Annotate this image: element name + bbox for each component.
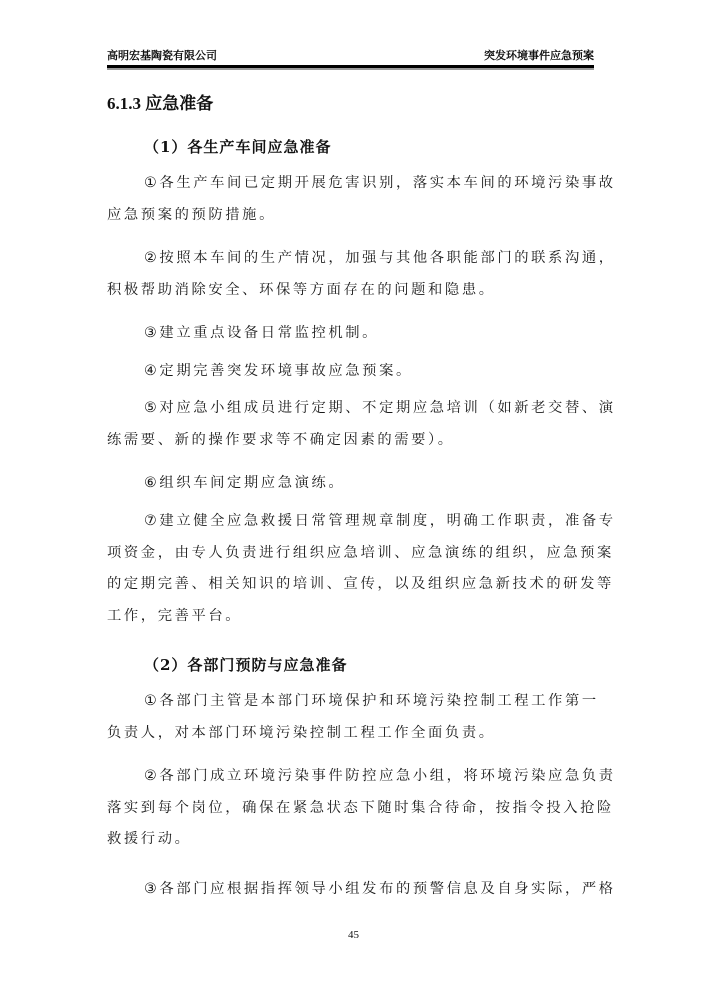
paragraph-2-1: ①各部门主管是本部门环境保护和环境污染控制工程工作第一 负责人，对本部门环境污染… [107,686,601,749]
paragraph-line: ③各部门应根据指挥领导小组发布的预警信息及自身实际，严格 [107,874,601,906]
header-document-title: 突发环境事件应急预案 [484,49,594,63]
paragraph-line: ②各部门成立环境污染事件防控应急小组，将环境污染应急负责 [107,761,601,793]
subsection-heading-2: （2）各部门预防与应急准备 [144,655,347,675]
paragraph-line: 积极帮助消除安全、环保等方面存在的问题和隐患。 [107,275,601,307]
paragraph-1-6: ⑥组织车间定期应急演练。 [107,468,601,500]
paragraph-1-2: ②按照本车间的生产情况，加强与其他各职能部门的联系沟通， 积极帮助消除安全、环保… [107,243,601,306]
paragraph-line: ②按照本车间的生产情况，加强与其他各职能部门的联系沟通， [107,243,601,275]
paragraph-line: ③建立重点设备日常监控机制。 [107,318,601,350]
paragraph-1-1: ①各生产车间已定期开展危害识别，落实本车间的环境污染事故 应急预案的预防措施。 [107,168,601,231]
paragraph-line: 工作，完善平台。 [107,601,601,633]
paragraph-line: 落实到每个岗位，确保在紧急状态下随时集合待命，按指令投入抢险 [107,793,601,825]
section-title: 6.1.3 应急准备 [107,93,213,115]
header-company-name: 高明宏基陶瓷有限公司 [107,49,217,63]
paragraph-line: ⑥组织车间定期应急演练。 [107,468,601,500]
paragraph-line: 项资金，由专人负责进行组织应急培训、应急演练的组织，应急预案 [107,538,601,570]
paragraph-line: ①各部门主管是本部门环境保护和环境污染控制工程工作第一 [107,686,601,718]
paragraph-line: 的定期完善、相关知识的培训、宣传，以及组织应急新技术的研发等 [107,569,601,601]
document-page: 高明宏基陶瓷有限公司 突发环境事件应急预案 6.1.3 应急准备 （1）各生产车… [0,0,707,1000]
paragraph-line: 负责人，对本部门环境污染控制工程工作全面负责。 [107,718,601,750]
page-header: 高明宏基陶瓷有限公司 突发环境事件应急预案 [107,49,594,63]
paragraph-1-5: ⑤对应急小组成员进行定期、不定期应急培训（如新老交替、演 练需要、新的操作要求等… [107,393,601,456]
paragraph-2-2: ②各部门成立环境污染事件防控应急小组，将环境污染应急负责 落实到每个岗位，确保在… [107,761,601,856]
paragraph-line: 练需要、新的操作要求等不确定因素的需要）。 [107,425,601,457]
paragraph-2-3: ③各部门应根据指挥领导小组发布的预警信息及自身实际，严格 [107,874,601,906]
paragraph-line: 救援行动。 [107,824,601,856]
page-number: 45 [0,929,707,941]
paragraph-line: ⑤对应急小组成员进行定期、不定期应急培训（如新老交替、演 [107,393,601,425]
paragraph-1-3: ③建立重点设备日常监控机制。 [107,318,601,350]
subsection-heading-1: （1）各生产车间应急准备 [144,137,331,157]
header-rule [107,65,594,68]
paragraph-1-7: ⑦建立健全应急救援日常管理规章制度，明确工作职责，准备专 项资金，由专人负责进行… [107,506,601,632]
paragraph-line: ⑦建立健全应急救援日常管理规章制度，明确工作职责，准备专 [107,506,601,538]
paragraph-line: 应急预案的预防措施。 [107,200,601,232]
paragraph-line: ①各生产车间已定期开展危害识别，落实本车间的环境污染事故 [107,168,601,200]
paragraph-line: ④定期完善突发环境事故应急预案。 [107,356,601,388]
paragraph-1-4: ④定期完善突发环境事故应急预案。 [107,356,601,388]
